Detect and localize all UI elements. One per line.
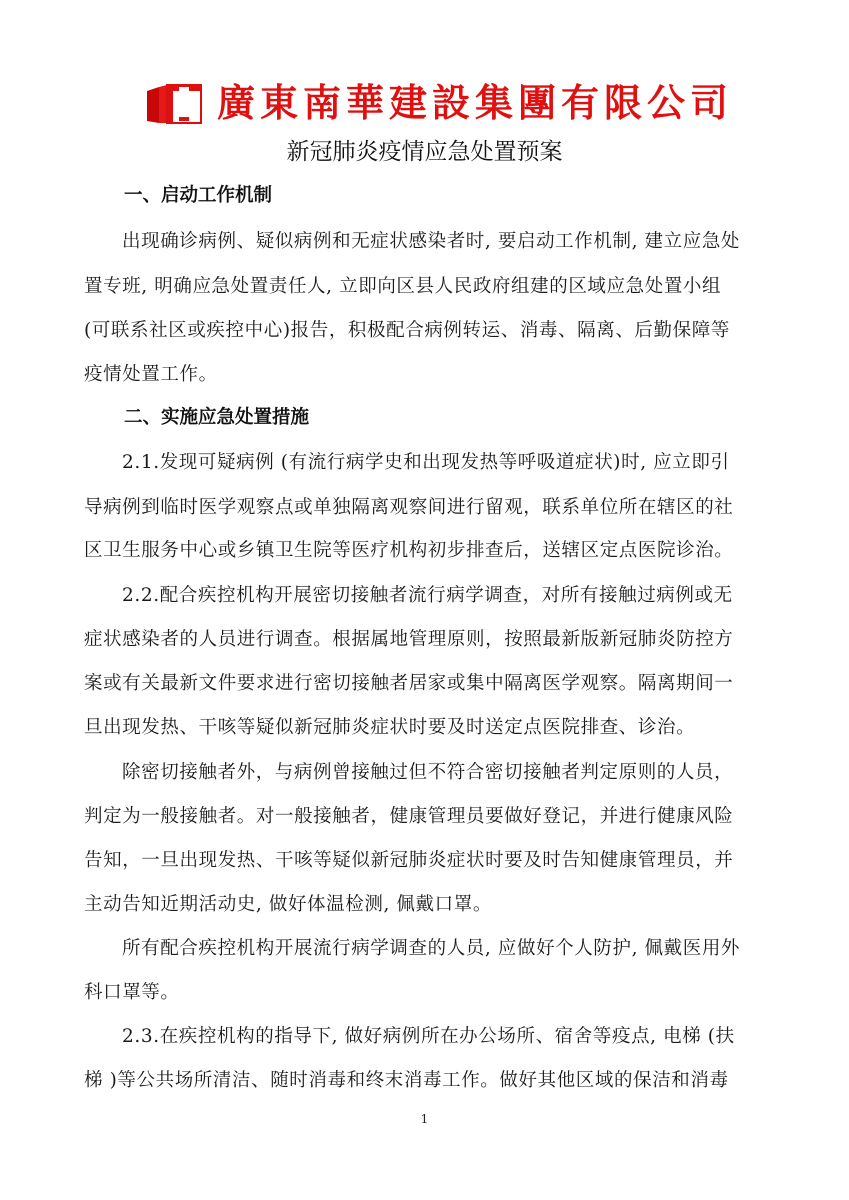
paragraph-line: 所有配合疾控机构开展流行病学调查的人员, 应做好个人防护, 佩戴医用外 — [122, 935, 774, 963]
paragraph-line: 旦出现发热、干咳等疑似新冠肺炎症状时要及时送定点医院排查、诊治。 — [84, 714, 774, 742]
letterhead: 廣東南華建設集團有限公司 — [145, 78, 705, 128]
paragraph-line: 症状感染者的人员进行调查。根据属地管理原则，按照最新版新冠肺炎防控方 — [84, 626, 774, 654]
paragraph-line: 2.2.配合疾控机构开展密切接触者流行病学调查，对所有接触过病例或无 — [122, 582, 774, 610]
paragraph-line: 2.3.在疾控机构的指导下, 做好病例所在办公场所、宿舍等疫点, 电梯 (扶 — [122, 1023, 774, 1051]
paragraph-line: 主动告知近期活动史, 做好体温检测, 佩戴口罩。 — [84, 891, 774, 919]
section-heading-1: 一、启动工作机制 — [124, 182, 272, 210]
paragraph-line: 导病例到临时医学观察点或单独隔离观察间进行留观，联系单位所在辖区的社 — [84, 494, 774, 522]
paragraph-line: 科口罩等。 — [84, 979, 774, 1007]
paragraph-line: 案或有关最新文件要求进行密切接触者居家或集中隔离医学观察。隔离期间一 — [84, 670, 774, 698]
paragraph-line: 告知，一旦出现发热、干咳等疑似新冠肺炎症状时要及时告知健康管理员，并 — [84, 847, 774, 875]
paragraph-line: 判定为一般接触者。对一般接触者，健康管理员要做好登记，并进行健康风险 — [84, 803, 774, 831]
paragraph-line: (可联系社区或疾控中心)报告，积极配合病例转运、消毒、隔离、后勤保障等 — [84, 317, 774, 345]
page-number: 1 — [0, 1112, 849, 1126]
company-name: 廣東南華建設集團有限公司 — [217, 78, 733, 128]
paragraph-line: 置专班, 明确应急处置责任人, 立即向区县人民政府组建的区域应急处置小组 — [84, 273, 774, 301]
document-title: 新冠肺炎疫情应急处置预案 — [0, 136, 849, 168]
paragraph-line: 疫情处置工作。 — [84, 361, 774, 389]
red-cube-logo-icon — [145, 81, 203, 125]
paragraph-line: 区卫生服务中心或乡镇卫生院等医疗机构初步排查后，送辖区定点医院诊治。 — [84, 537, 774, 565]
paragraph-line: 梯 )等公共场所清洁、随时消毒和终末消毒工作。做好其他区域的保洁和消毒 — [84, 1067, 774, 1095]
paragraph-line: 出现确诊病例、疑似病例和无症状感染者时, 要启动工作机制, 建立应急处 — [122, 228, 774, 256]
paragraph-line: 除密切接触者外，与病例曾接触过但不符合密切接触者判定原则的人员， — [122, 759, 774, 787]
paragraph-line: 2.1.发现可疑病例 (有流行病学史和出现发热等呼吸道症状)时, 应立即引 — [122, 449, 774, 477]
section-heading-2: 二、实施应急处置措施 — [124, 404, 309, 432]
